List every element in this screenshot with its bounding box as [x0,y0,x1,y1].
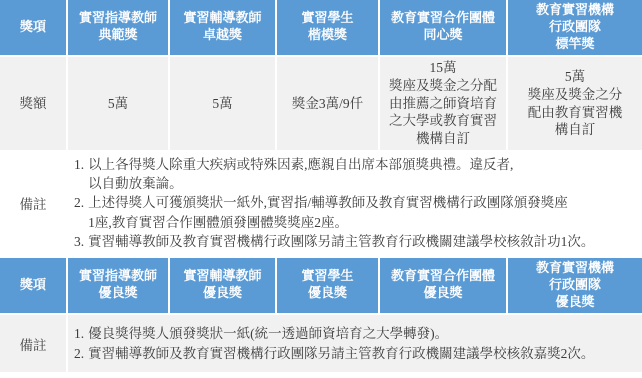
header-cell-cooperation-group-merit-award: 教育實習合作團體 優良獎 [380,258,506,313]
award-amount-row: 獎額 5萬 5萬 獎金3萬/9仟 15萬 獎座及獎金之分配 由推薦之師資培育 之… [0,57,642,148]
note-item: 1. 以上各得獎人除重大疾病或特殊因素,應親自出席本部頒獎典禮。違反者, 以自動… [74,155,632,193]
header-cell-mentor-teacher-merit-award: 實習指導教師 優良獎 [68,258,168,313]
notes-row-label-2: 備註 [0,315,66,372]
award-table-1-notes-row: 備註 1. 以上各得獎人除重大疾病或特殊因素,應親自出席本部頒獎典禮。違反者, … [0,150,642,256]
header-cell-guidance-teacher-excellence-award: 實習輔導教師 卓越獎 [170,0,275,55]
header-cell-institution-admin-team-award: 教育實習機構 行政團隊 標竿獎 [508,0,642,55]
amount-cell-student: 獎金3萬/9仟 [277,57,378,150]
header-cell-institution-admin-team-merit-award: 教育實習機構 行政團隊 優良獎 [508,258,642,313]
note-item: 2. 上述得獎人可獲頒獎狀一紙外,實習指/輔導教師及教育實習機構行政團隊頒發獎座… [74,193,632,231]
note-item: 2. 實習輔導教師及教育實習機構行政團隊另請主管教育行政機關建議學校核敘嘉獎2次… [74,344,632,363]
header-cell-student-exemplar-award: 實習學生 楷模獎 [277,0,378,55]
note-item: 3. 實習輔導教師及教育實習機構行政團隊另請主管教育行政機關建議學校核敘計功1次… [74,232,632,251]
note-number: 3. [74,232,84,251]
note-number: 2. [74,193,84,212]
header-cell-mentor-teacher-model-award: 實習指導教師 典範獎 [68,0,168,55]
header-cell-guidance-teacher-merit-award: 實習輔導教師 優良獎 [170,258,275,313]
amount-cell-mentor-teacher: 5萬 [68,57,168,150]
note-number: 2. [74,344,84,363]
award-table-2-notes-row: 備註 1. 優良獎得獎人頒發獎狀一紙(統一透過師資培育之大學轉發)。 2. 實習… [0,315,642,372]
header-cell-award-category-2: 獎項 [0,258,66,313]
note-text: 實習輔導教師及教育實習機構行政團隊另請主管教育行政機關建議學校核敘計功1次。 [88,232,594,251]
note-number: 1. [74,324,84,343]
note-text: 上述得獎人可獲頒獎狀一紙外,實習指/輔導教師及教育實習機構行政團隊頒發獎座 1座… [88,193,568,231]
award-table-1-header-row: 獎項 實習指導教師 典範獎 實習輔導教師 卓越獎 實習學生 楷模獎 教育實習合作… [0,0,642,54]
amount-cell-cooperation-group: 15萬 獎座及獎金之分配 由推薦之師資培育 之大學或教育實習 機構自訂 [380,57,506,150]
amount-cell-institution-admin-team: 5萬 獎座及獎金之分 配由教育實習機 構自訂 [508,57,642,150]
note-text: 實習輔導教師及教育實習機構行政團隊另請主管教育行政機關建議學校核敘嘉獎2次。 [88,344,594,363]
notes-list: 1. 以上各得獎人除重大疾病或特殊因素,應親自出席本部頒獎典禮。違反者, 以自動… [68,150,642,256]
notes-row-label: 備註 [0,150,66,256]
amount-row-label: 獎額 [0,57,66,150]
amount-cell-guidance-teacher: 5萬 [170,57,275,150]
header-cell-student-merit-award: 實習學生 優良獎 [277,258,378,313]
note-text: 以上各得獎人除重大疾病或特殊因素,應親自出席本部頒獎典禮。違反者, 以自動放棄論… [88,155,513,193]
header-cell-cooperation-group-award: 教育實習合作團體 同心獎 [380,0,506,55]
note-number: 1. [74,155,84,174]
note-item: 1. 優良獎得獎人頒發獎狀一紙(統一透過師資培育之大學轉發)。 [74,324,632,343]
award-table-2-header-row: 獎項 實習指導教師 優良獎 實習輔導教師 優良獎 實習學生 優良獎 教育實習合作… [0,258,642,310]
notes-list-2: 1. 優良獎得獎人頒發獎狀一紙(統一透過師資培育之大學轉發)。 2. 實習輔導教… [68,315,642,372]
practicum-awards-table-page: 獎項 實習指導教師 典範獎 實習輔導教師 卓越獎 實習學生 楷模獎 教育實習合作… [0,0,642,378]
header-cell-award-category: 獎項 [0,0,66,55]
note-text: 優良獎得獎人頒發獎狀一紙(統一透過師資培育之大學轉發)。 [88,324,448,343]
